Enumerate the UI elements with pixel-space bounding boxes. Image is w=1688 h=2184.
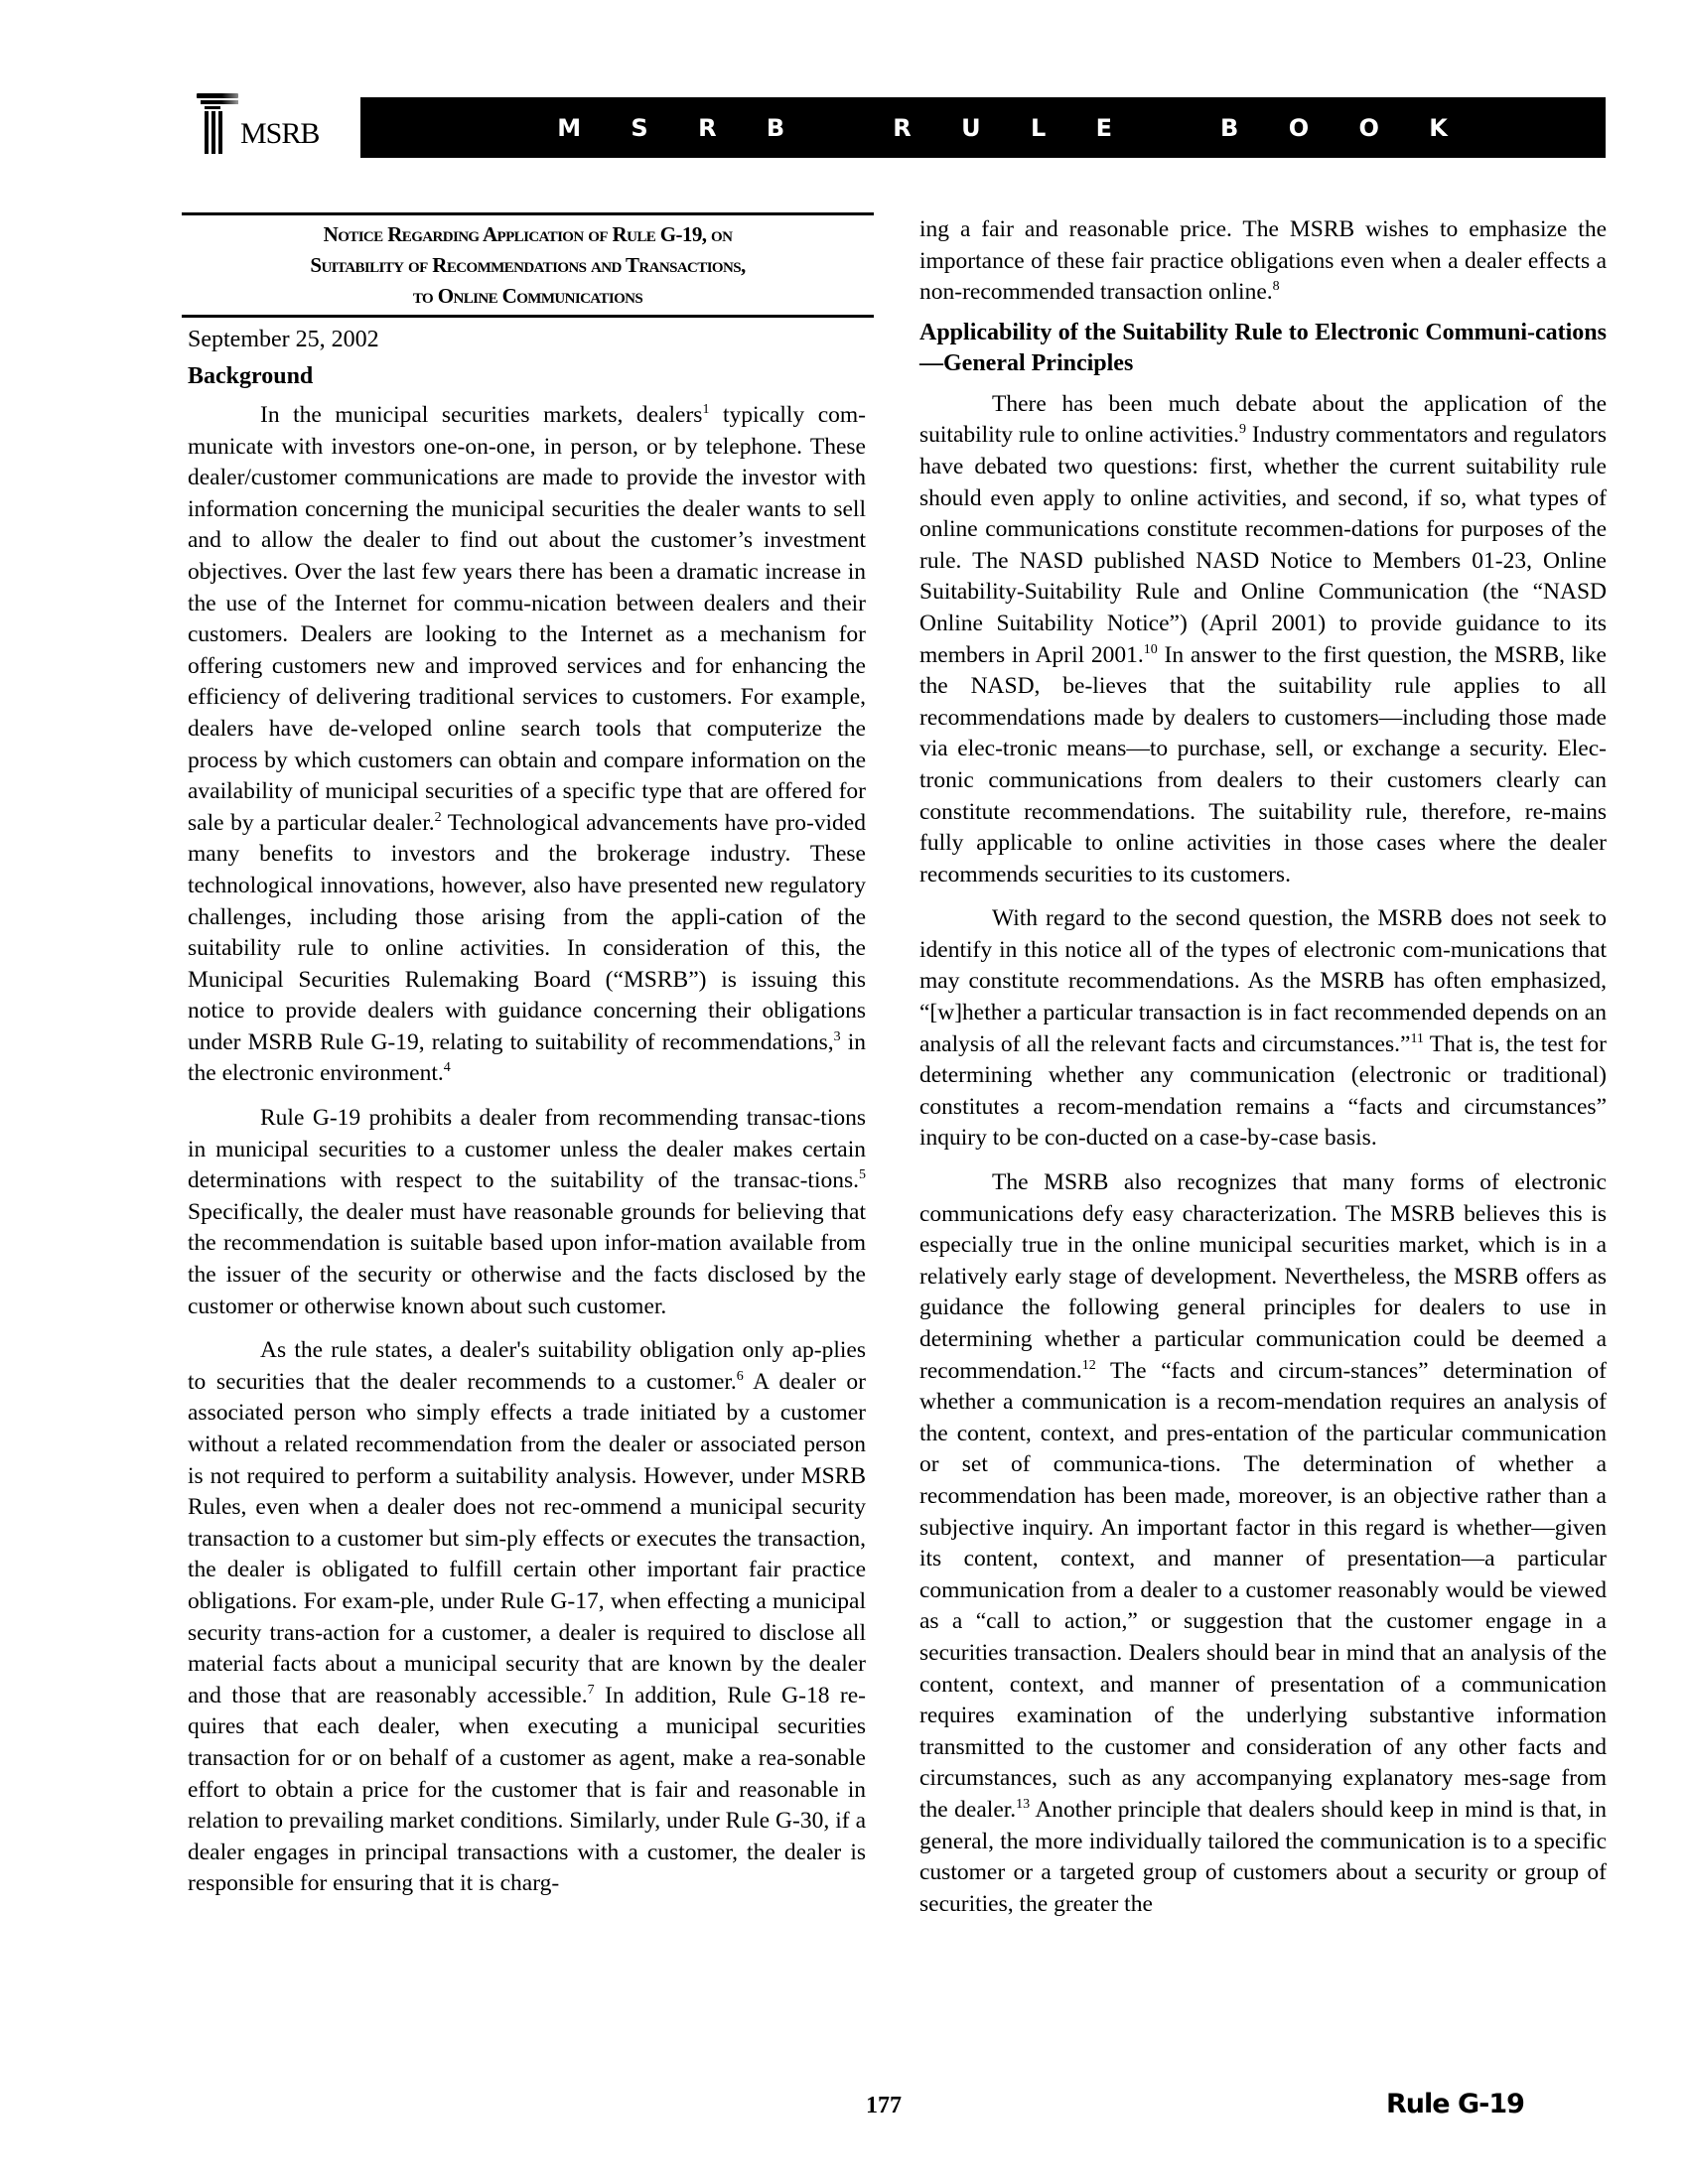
right-column: ing a fair and reasonable price. The MSR… (919, 214, 1607, 1920)
paragraph: Rule G-19 prohibits a dealer from recomm… (188, 1103, 866, 1322)
left-column: Background In the municipal securities m… (188, 361, 866, 1900)
footnote-ref[interactable]: 6 (737, 1369, 744, 1384)
rule-book-banner: M S R B R U L E B O O K (360, 97, 1606, 158)
footnote-ref[interactable]: 12 (1082, 1358, 1096, 1373)
footnote-ref[interactable]: 4 (444, 1060, 451, 1075)
section-heading-applicability: Applicability of the Suitability Rule to… (919, 318, 1607, 379)
paragraph-continuation: ing a fair and reasonable price. The MSR… (919, 214, 1607, 309)
paragraph: As the rule states, a dealer's suitabili… (188, 1335, 866, 1900)
title-line: Suitability of Recommendations and Trans… (182, 250, 874, 281)
logo-text: MSRB (240, 119, 319, 149)
title-line: to Online Communications (182, 281, 874, 312)
paragraph: With regard to the second question, the … (919, 903, 1607, 1155)
column-shaft-icon (218, 111, 222, 154)
footnote-ref[interactable]: 8 (1273, 279, 1280, 294)
column-capital-icon (205, 106, 220, 109)
rule-label: Rule G-19 (1386, 2089, 1524, 2119)
paragraph: The MSRB also recognizes that many forms… (919, 1167, 1607, 1920)
footnote-ref[interactable]: 2 (435, 810, 442, 825)
footnote-ref[interactable]: 11 (1410, 1031, 1423, 1046)
notice-title: Notice Regarding Application of Rule G-1… (182, 212, 874, 318)
section-heading-background: Background (188, 361, 866, 392)
banner-title: M S R B R U L E B O O K (497, 114, 1469, 142)
footnote-ref[interactable]: 9 (1239, 422, 1246, 437)
notice-date: September 25, 2002 (188, 325, 379, 355)
paragraph: There has been much debate about the app… (919, 389, 1607, 891)
column-capital-icon (197, 93, 238, 98)
footnote-ref[interactable]: 7 (588, 1683, 595, 1698)
footnote-ref[interactable]: 3 (834, 1029, 841, 1044)
page-number: 177 (866, 2093, 902, 2119)
column-shaft-icon (211, 111, 215, 154)
column-shaft-icon (205, 111, 209, 154)
paragraph: In the municipal securities markets, dea… (188, 400, 866, 1090)
footnote-ref[interactable]: 5 (859, 1167, 866, 1182)
footnote-ref[interactable]: 13 (1016, 1797, 1030, 1812)
title-line: Notice Regarding Application of Rule G-1… (182, 219, 874, 250)
column-capital-icon (201, 100, 238, 104)
msrb-logo: MSRB (195, 91, 334, 157)
footnote-ref[interactable]: 10 (1144, 642, 1158, 657)
